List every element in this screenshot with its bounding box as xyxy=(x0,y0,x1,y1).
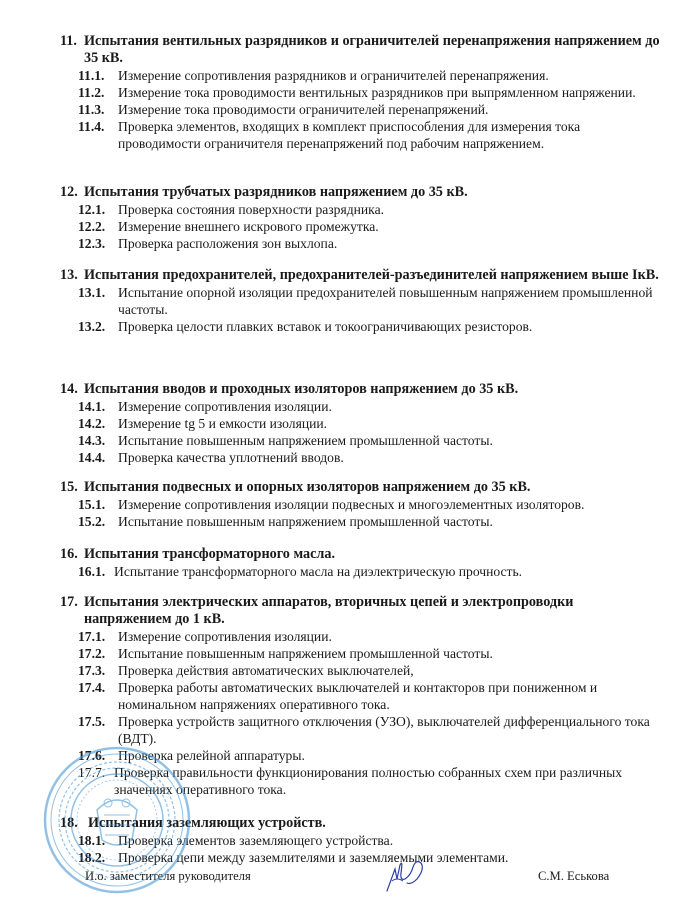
list-item: 18.1.Проверка элементов заземляющего уст… xyxy=(60,832,660,849)
list-item: 16.1.Испытание трансформаторного масла н… xyxy=(60,563,660,580)
section-title: 16. Испытания трансформаторного масла. xyxy=(60,546,660,563)
list-item: 14.3.Испытание повышенным напряжением пр… xyxy=(60,432,660,449)
section-18: 18. Испытания заземляющих устройств. 18.… xyxy=(60,815,660,866)
list-item: 17.1.Измерение сопротивления изоляции. xyxy=(60,628,660,645)
list-item: 17.2.Испытание повышенным напряжением пр… xyxy=(60,645,660,662)
list-item: 15.2.Испытание повышенным напряжением пр… xyxy=(60,513,660,530)
section-11: 11. Испытания вентильных разрядников и о… xyxy=(60,33,660,152)
section-title: 15. Испытания подвесных и опорных изолят… xyxy=(60,479,660,496)
list-item: 17.5.Проверка устройств защитного отключ… xyxy=(60,713,660,747)
list-item: 11.3.Измерение тока проводимости огранич… xyxy=(60,101,660,118)
list-item: 15.1.Измерение сопротивления изоляции по… xyxy=(60,496,660,513)
list-item: 12.1.Проверка состояния поверхности разр… xyxy=(60,201,660,218)
list-item: 12.2.Измерение внешнего искрового промеж… xyxy=(60,218,660,235)
section-title: 12. Испытания трубчатых разрядников напр… xyxy=(60,184,660,201)
section-15: 15. Испытания подвесных и опорных изолят… xyxy=(60,479,660,530)
document-page: 11. Испытания вентильных разрядников и о… xyxy=(0,0,697,900)
section-17: 17. Испытания электрических аппаратов, в… xyxy=(60,594,660,798)
list-item: 14.2.Измерение tg 5 и емкости изоляции. xyxy=(60,415,660,432)
list-item: 13.2.Проверка целости плавких вставок и … xyxy=(60,318,660,335)
section-title: 17. Испытания электрических аппаратов, в… xyxy=(60,594,660,628)
list-item: 14.1.Измерение сопротивления изоляции. xyxy=(60,398,660,415)
signer-name: С.М. Еськова xyxy=(538,869,609,884)
list-item: 17.4.Проверка работы автоматических выкл… xyxy=(60,679,660,713)
section-title: 11. Испытания вентильных разрядников и о… xyxy=(60,33,660,67)
section-title: 13. Испытания предохранителей, предохран… xyxy=(60,267,660,284)
list-item: 11.4.Проверка элементов, входящих в комп… xyxy=(60,118,660,152)
list-item: 17.3.Проверка действия автоматических вы… xyxy=(60,662,660,679)
signer-role: И.о. заместителя руководителя xyxy=(85,869,251,884)
section-12: 12. Испытания трубчатых разрядников напр… xyxy=(60,184,660,252)
section-title: 18. Испытания заземляющих устройств. xyxy=(60,815,660,832)
list-item: 14.4.Проверка качества уплотнений вводов… xyxy=(60,449,660,466)
section-title: 14. Испытания вводов и проходных изолято… xyxy=(60,381,660,398)
list-item: 12.3.Проверка расположения зон выхлопа. xyxy=(60,235,660,252)
section-13: 13. Испытания предохранителей, предохран… xyxy=(60,267,660,335)
list-item: 17.6.Проверка релейной аппаратуры. xyxy=(60,747,660,764)
list-item: 11.2.Измерение тока проводимости вентиль… xyxy=(60,84,660,101)
list-item: 18.2.Проверка цепи между заземлителями и… xyxy=(60,849,660,866)
list-item: 11.1.Измерение сопротивления разрядников… xyxy=(60,67,660,84)
list-item: 17.7.Проверка правильности функционирова… xyxy=(60,764,660,798)
section-14: 14. Испытания вводов и проходных изолято… xyxy=(60,381,660,466)
section-16: 16. Испытания трансформаторного масла. 1… xyxy=(60,546,660,580)
list-item: 13.1.Испытание опорной изоляции предохра… xyxy=(60,284,660,318)
